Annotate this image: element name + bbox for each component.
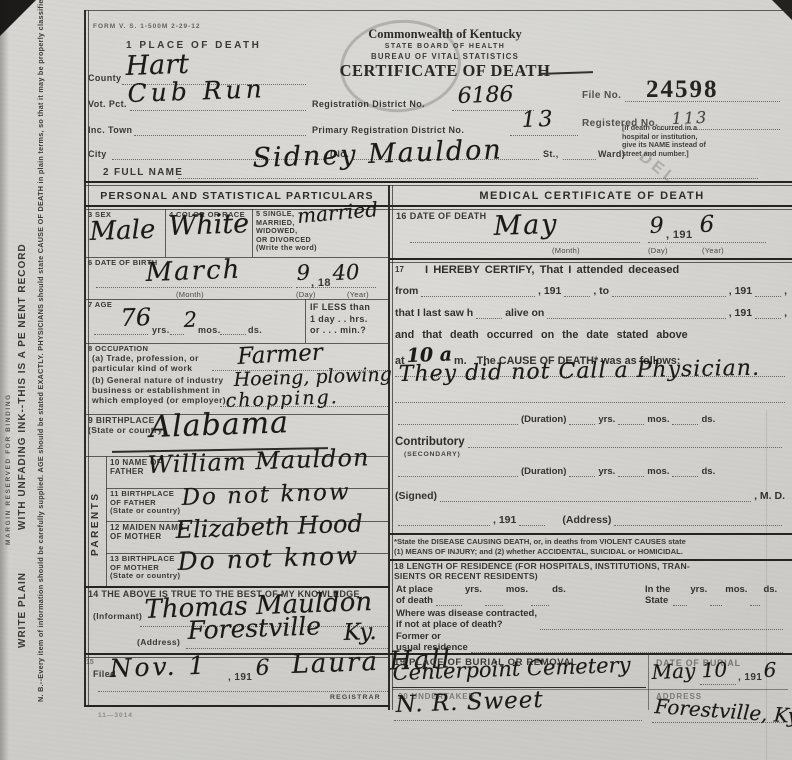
comma: , — [784, 307, 787, 319]
print-code: 11—3014 — [98, 712, 133, 719]
sex-value: Male — [89, 217, 156, 245]
city-label: City — [88, 149, 107, 159]
blank-line — [547, 318, 725, 319]
filed-date-value: Nov. 1 — [109, 653, 208, 681]
blank-line — [614, 525, 782, 526]
last-saw-label: that I last saw h — [395, 307, 473, 319]
residence-label: 18 LENGTH OF RESIDENCE (FOR HOSPITALS, I… — [394, 562, 690, 582]
informant-address-label: (Address) — [137, 638, 180, 648]
rule — [390, 262, 792, 263]
rule — [84, 705, 390, 707]
rule — [390, 533, 792, 535]
rule — [392, 185, 393, 710]
blank-line — [755, 296, 781, 297]
disease-contracted-line: Where was disease contracted, if not at … — [396, 609, 786, 630]
duration-caption: (Duration) — [521, 466, 566, 477]
primary-registration-line — [510, 135, 578, 136]
t191-printed: , 191 — [538, 285, 561, 297]
dob-year-printed: , 18 — [311, 277, 331, 290]
st-label: St., — [543, 149, 559, 159]
signed-line: (Signed), M. D. — [395, 490, 785, 502]
age-line — [170, 334, 184, 335]
signed-label: (Signed) — [395, 490, 437, 502]
alive-on-label: alive on — [505, 307, 544, 319]
cause-of-death-value: They did not Call a Physician. — [399, 358, 761, 386]
day-caption: (Day) — [296, 290, 316, 299]
father-birthplace-label: 11 BIRTHPLACE OF FATHER (State or countr… — [110, 490, 181, 516]
at-place-label: At place of death — [396, 585, 433, 606]
vot-pct-label: Vot. Pct. — [88, 99, 127, 109]
county-label: County — [88, 73, 121, 83]
blank-line — [476, 318, 502, 319]
informant-address-state: Ky. — [343, 621, 377, 645]
dod-191-printed: , 191 — [666, 229, 692, 242]
filed-191-printed: , 191 — [228, 672, 252, 684]
blank-line — [618, 424, 644, 425]
blank-line — [672, 424, 698, 425]
duration-line-2: (Duration)yrs.mos.ds. — [395, 466, 785, 477]
filed-line — [98, 691, 388, 692]
yrs-caption: yrs. — [598, 414, 615, 425]
unfading-ink-text: WITH UNFADING INK--THIS IS A PE NENT REC… — [17, 243, 28, 530]
yrs-caption: yrs. — [598, 466, 615, 477]
mother-birthplace-value: Do not know — [177, 543, 360, 574]
parents-group-label: PARENTS — [90, 491, 101, 556]
mos-caption: mos. — [647, 414, 669, 425]
undertaker-line — [394, 720, 642, 721]
certificate-title: CERTIFICATE OF DEATH — [325, 61, 565, 81]
blank-line — [618, 476, 644, 477]
rule — [390, 258, 792, 260]
commonwealth-heading: Commonwealth of Kentucky — [325, 27, 565, 42]
blank-line — [750, 605, 760, 606]
rule — [388, 185, 390, 710]
father-name-value: William Mauldon — [147, 445, 370, 477]
date-of-death-label: 16 DATE OF DEATH — [396, 211, 487, 221]
occupation-a-label: (a) Trade, profession, or particular kin… — [92, 353, 199, 373]
yrs-caption: yrs. — [465, 584, 482, 595]
rule — [252, 209, 253, 257]
burial-date-line — [700, 684, 736, 685]
death-occurred-statement: and that death occurred on the date stat… — [395, 329, 785, 341]
rule — [84, 185, 792, 186]
md-caption: , M. D. — [754, 490, 785, 502]
blank-line — [710, 605, 722, 606]
file-no-label: File No. — [582, 90, 621, 102]
age-years-value: 76 — [120, 305, 151, 330]
blank-line — [531, 605, 549, 606]
ds-caption: ds. — [763, 584, 777, 595]
informant-address-value: Forestville — [187, 613, 321, 643]
dod-line — [648, 242, 766, 243]
color-race-value: White — [168, 210, 250, 240]
undertaker-value: N. R. Sweet — [395, 689, 544, 717]
rule — [88, 10, 89, 706]
dob-month-value: March — [145, 257, 242, 286]
blank-line — [672, 476, 698, 477]
vot-pct-value: Cub Run — [127, 76, 266, 106]
ds-caption: ds. — [248, 325, 262, 335]
blank-line — [468, 447, 782, 448]
address-caption: (Address) — [562, 514, 611, 526]
form-code: FORM V. S. 1-500M 2-29-12 — [93, 23, 201, 30]
dob-day-value: 9 — [296, 263, 310, 284]
blank-line — [569, 476, 595, 477]
rule — [84, 181, 792, 183]
dob-year-value: 40 — [332, 262, 359, 284]
primary-registration-value: 13 — [521, 109, 556, 132]
inc-town-label: Inc. Town — [88, 125, 132, 135]
mother-birthplace-label: 13 BIRTHPLACE OF MOTHER (State or countr… — [110, 555, 181, 581]
comma: , — [784, 285, 787, 297]
blank-line — [436, 605, 462, 606]
father-birthplace-value: Do not know — [181, 481, 351, 510]
mos-caption: mos. — [725, 584, 747, 595]
blank-line — [398, 424, 518, 425]
state-board-subheading: STATE BOARD OF HEALTH — [325, 43, 565, 50]
age-label: 7 AGE — [88, 301, 112, 310]
blank-line — [440, 501, 751, 502]
blank-line — [569, 424, 595, 425]
contracted-label: Where was disease contracted, if not at … — [396, 609, 537, 630]
st-line — [563, 159, 596, 160]
t191-printed: , 191 — [729, 307, 752, 319]
t191-printed: , 191 — [729, 285, 752, 297]
blank-line — [398, 525, 490, 526]
age-line — [94, 334, 148, 335]
mos-caption: mos. — [506, 584, 528, 595]
duration-caption: (Duration) — [521, 414, 566, 425]
ds-caption: ds. — [701, 466, 715, 477]
burial-place-value: Centerpoint Cemetery — [392, 655, 631, 684]
dod-day-value: 9 — [649, 216, 664, 238]
filed-item-number: 15 — [86, 659, 94, 666]
blank-line — [673, 605, 687, 606]
occupation-a-value: Farmer — [237, 342, 324, 369]
blank-line — [398, 476, 518, 477]
from-label: from — [395, 285, 418, 297]
rule — [648, 653, 649, 710]
certify-item-number: 17 — [395, 265, 404, 274]
dod-year-suffix: 6 — [699, 214, 714, 237]
rule — [84, 10, 86, 706]
rule — [84, 205, 792, 207]
filed-year-suffix: 6 — [255, 658, 270, 680]
burial-date-value: May 10 — [651, 659, 727, 682]
to-label: , to — [593, 285, 609, 297]
mos-caption: mos. — [647, 466, 669, 477]
margin-binding-note: MARGIN RESERVED FOR BINDING — [5, 393, 12, 545]
yrs-caption: yrs. — [152, 325, 170, 335]
burial-191-printed: , 191 — [738, 672, 762, 684]
last-saw-line: that I last saw halive on, 191, — [395, 307, 787, 319]
occupation-b-label: (b) General nature of industry business … — [92, 375, 226, 405]
residence-in-state-line: In the Stateyrs.mos.ds. — [645, 584, 787, 606]
t191-printed: , 191 — [493, 514, 516, 526]
blank-line — [421, 296, 535, 297]
rule — [84, 10, 792, 11]
birthplace-value: Alabama — [149, 408, 290, 443]
write-plain-text: WRITE PLAIN — [17, 572, 28, 648]
binding-shadow — [0, 0, 9, 760]
margin-write-plain-line: WRITE PLAINWITH UNFADING INK--THIS IS A … — [17, 243, 28, 648]
ds-caption: ds. — [552, 584, 566, 595]
mother-maiden-name-label: 12 MAIDEN NAME OF MOTHER — [110, 523, 184, 541]
contributory-label: Contributory — [395, 436, 465, 448]
duration-line: (Duration)yrs.mos.ds. — [395, 414, 785, 425]
margin-nb-note: N. B.--Every item of information should … — [36, 90, 46, 702]
month-caption: (Month) — [176, 290, 204, 299]
certify-from-line: from, 191, to, 191, — [395, 285, 787, 297]
month-caption: (Month) — [552, 246, 580, 255]
rule — [84, 299, 390, 300]
day-caption: (Day) — [648, 246, 668, 255]
full-name-line — [178, 178, 758, 179]
death-certificate-scan: DEL MARGIN RESERVED FOR BINDING WRITE PL… — [0, 0, 792, 760]
hospital-note: [If death occurred in a hospital or inst… — [622, 124, 772, 158]
mos-caption: mos. — [198, 325, 221, 335]
secondary-caption: (SECONDARY) — [404, 451, 461, 458]
full-name-value: Sidney Mauldon — [252, 136, 503, 172]
certify-statement: I HEREBY CERTIFY, That I attended deceas… — [425, 264, 785, 276]
dob-line — [296, 287, 376, 288]
vot-pct-line — [130, 110, 306, 111]
rule — [305, 299, 306, 343]
in-the-state-label: In the State — [645, 585, 670, 606]
blank-line — [612, 296, 726, 297]
blank-line — [485, 605, 503, 606]
dod-line — [410, 242, 640, 243]
age-months-value: 2 — [183, 310, 197, 331]
burial-year-suffix: 6 — [763, 660, 776, 680]
contributory-line: Contributory — [395, 436, 785, 448]
blank-line — [564, 296, 590, 297]
mother-maiden-name-value: Elizabeth Hood — [175, 511, 363, 542]
cause-line — [395, 402, 785, 403]
undertaker-address-line — [652, 722, 784, 723]
signed-date-address-line: , 191(Address) — [395, 514, 785, 526]
file-no-value: 24598 — [646, 76, 719, 104]
cause-footnote: *State the DISEASE CAUSING DEATH, or, in… — [394, 537, 788, 556]
if-less-note: IF LESS than 1 day . . hrs. or . . . min… — [310, 302, 370, 337]
informant-label: (Informant) — [93, 612, 142, 622]
residence-at-place-line: At place of deathyrs.mos.ds. — [396, 584, 636, 606]
age-line — [220, 334, 246, 335]
blank-line — [519, 525, 545, 526]
county-value: Hart — [125, 51, 189, 80]
year-caption: (Year) — [347, 290, 369, 299]
registrar-caption: REGISTRAR — [330, 694, 381, 701]
medical-section-title: MEDICAL CERTIFICATE OF DEATH — [392, 190, 792, 202]
rule — [165, 209, 166, 257]
bureau-subheading: BUREAU OF VITAL STATISTICS — [325, 52, 565, 61]
yrs-caption: yrs. — [690, 584, 707, 595]
dod-month-value: May — [493, 211, 559, 240]
registration-district-label: Registration District No. — [312, 99, 425, 109]
marital-status-value: married — [296, 199, 378, 226]
dob-line — [96, 287, 292, 288]
inc-town-line — [134, 135, 306, 136]
registration-district-value: 6186 — [457, 84, 514, 108]
blank-line — [755, 318, 781, 319]
blank-line — [540, 629, 783, 630]
year-caption: (Year) — [702, 246, 724, 255]
former-residence-line: Former or usual residence — [396, 632, 786, 653]
pen-strike-mark — [541, 71, 593, 75]
ds-caption: ds. — [701, 414, 715, 425]
full-name-label: 2 FULL NAME — [103, 167, 183, 179]
former-residence-label: Former or usual residence — [396, 632, 468, 653]
primary-registration-label: Primary Registration District No. — [312, 125, 464, 135]
